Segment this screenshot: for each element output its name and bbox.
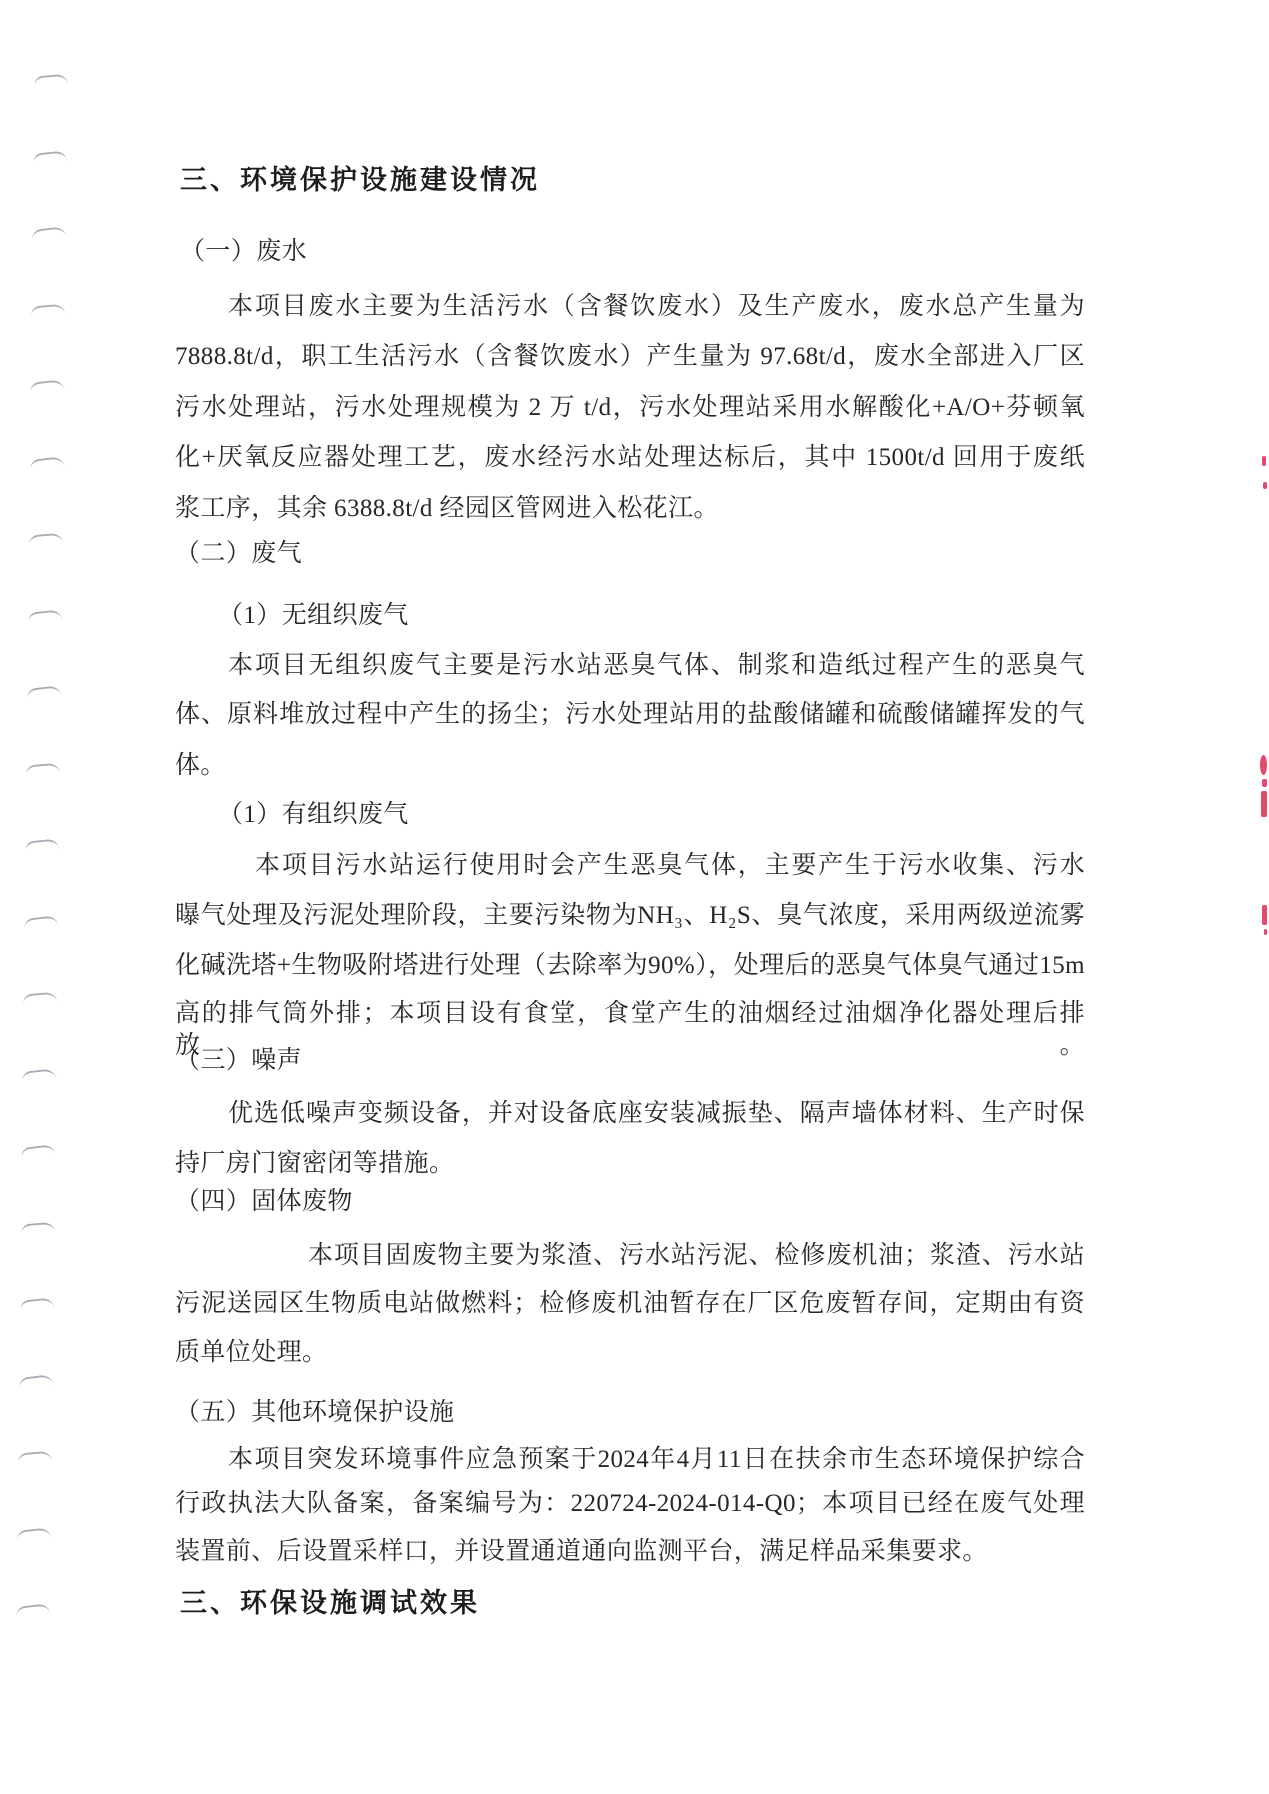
stamp-bleed-mark [1261,791,1267,817]
binding-mark-arc [21,1144,56,1159]
organized-gas-line: 化碱洗塔+生物吸附塔进行处理（去除率为90%），处理后的恶臭气体臭气通过15m [175,950,1085,982]
binding-mark-arc [23,992,58,1006]
binding-mark-arc [30,379,65,393]
binding-mark-arc [15,1603,50,1618]
binding-mark-arc [32,226,67,241]
binding-mark-arc [28,533,63,547]
unorganized-gas-line: 体、原料堆放过程中产生的扬尘；污水处理站用的盐酸储罐和硫酸储罐挥发的气 [175,699,1085,731]
binding-mark-arc [33,150,68,164]
subheading-noise: （三）噪声 [175,1045,302,1077]
section-heading-construction: 三、环境保护设施建设情况 [180,165,540,197]
stamp-bleed-mark [1262,779,1267,787]
subheading-solid-waste: （四）固体废物 [175,1186,353,1218]
unorganized-gas-line: 体。 [175,750,226,782]
binding-mark-arc [22,1068,57,1082]
subheading-other-facilities: （五）其他环境保护设施 [175,1397,454,1429]
unorganized-gas-line: 本项目无组织废气主要是污水站恶臭气体、制浆和造纸过程产生的恶臭气 [228,650,1085,682]
subheading-unorganized-gas: （1）无组织废气 [218,600,409,632]
organized-gas-line: 曝气处理及污泥处理阶段，主要污染物为NH₃、H₂S、臭气浓度，采用两级逆流雾 [175,900,1085,932]
binding-mark-arc [26,685,61,700]
solid-waste-line: 污泥送园区生物质电站做燃料；检修废机油暂存在厂区危废暂存间，定期由有资 [175,1288,1085,1320]
subheading-organized-gas: （1）有组织废气 [218,799,409,831]
binding-mark-arc [34,74,69,88]
subheading-waste-gas: （二）废气 [175,538,302,570]
solid-waste-line: 本项目固废物主要为浆渣、污水站污泥、检修废机油；浆渣、污水站 [308,1240,1085,1272]
solid-waste-line: 质单位处理。 [175,1337,327,1369]
stamp-bleed-mark [1260,755,1267,775]
binding-mark-arc [27,609,62,623]
other-facilities-line: 装置前、后设置采样口，并设置通道通向监测平台，满足样品采集要求。 [175,1536,988,1568]
wastewater-line: 化+厌氧反应器处理工艺，废水经污水站处理达标后，其中 1500t/d 回用于废纸 [175,442,1085,474]
organized-gas-line: 本项目污水站运行使用时会产生恶臭气体，主要产生于污水收集、污水 [255,850,1085,882]
wastewater-line: 7888.8t/d，职工生活污水（含餐饮废水）产生量为 97.68t/d，废水全… [175,341,1085,373]
binding-mark-arc [29,455,64,470]
stamp-bleed-mark [1263,482,1267,489]
scanned-document-page: 三、环境保护设施建设情况 （一）废水 本项目废水主要为生活污水（含餐饮废水）及生… [0,0,1269,1794]
binding-mark-arc [19,1297,54,1311]
section-heading-debugging: 三、环保设施调试效果 [180,1588,480,1620]
subheading-wastewater: （一）废水 [180,236,307,268]
binding-mark-arc [20,1221,55,1235]
stamp-bleed-mark [1264,929,1267,935]
stamp-bleed-mark [1262,905,1267,925]
wastewater-line: 污水处理站，污水处理规模为 2 万 t/d，污水处理站采用水解酸化+A/O+芬顿… [175,392,1085,424]
binding-mark-arc [24,914,59,929]
wastewater-line: 本项目废水主要为生活污水（含餐饮废水）及生产废水，废水总产生量为 [228,291,1085,323]
other-facilities-line: 行政执法大队备案，备案编号为：220724-2024-014-Q0；本项目已经在… [175,1488,1085,1520]
stamp-bleed-mark [1262,456,1266,466]
binding-mark-arc [16,1527,51,1541]
binding-mark-arc [25,838,60,852]
binding-mark-arc [31,303,66,317]
other-facilities-line: 本项目突发环境事件应急预案于2024年4月11日在扶余市生态环境保护综合 [228,1444,1085,1476]
binding-mark-arc [25,762,60,776]
wastewater-line: 浆工序，其余 6388.8t/d 经园区管网进入松花江。 [175,493,719,525]
binding-mark-arc [17,1451,52,1465]
organized-gas-line: 高的排气筒外排；本项目设有食堂，食堂产生的油烟经过油烟净化器处理后排放。 [175,998,1085,1062]
noise-line: 持厂房门窗密闭等措施。 [175,1148,454,1180]
noise-line: 优选低噪声变频设备，并对设备底座安装减振垫、隔声墙体材料、生产时保 [228,1098,1085,1130]
binding-mark-arc [18,1373,53,1388]
